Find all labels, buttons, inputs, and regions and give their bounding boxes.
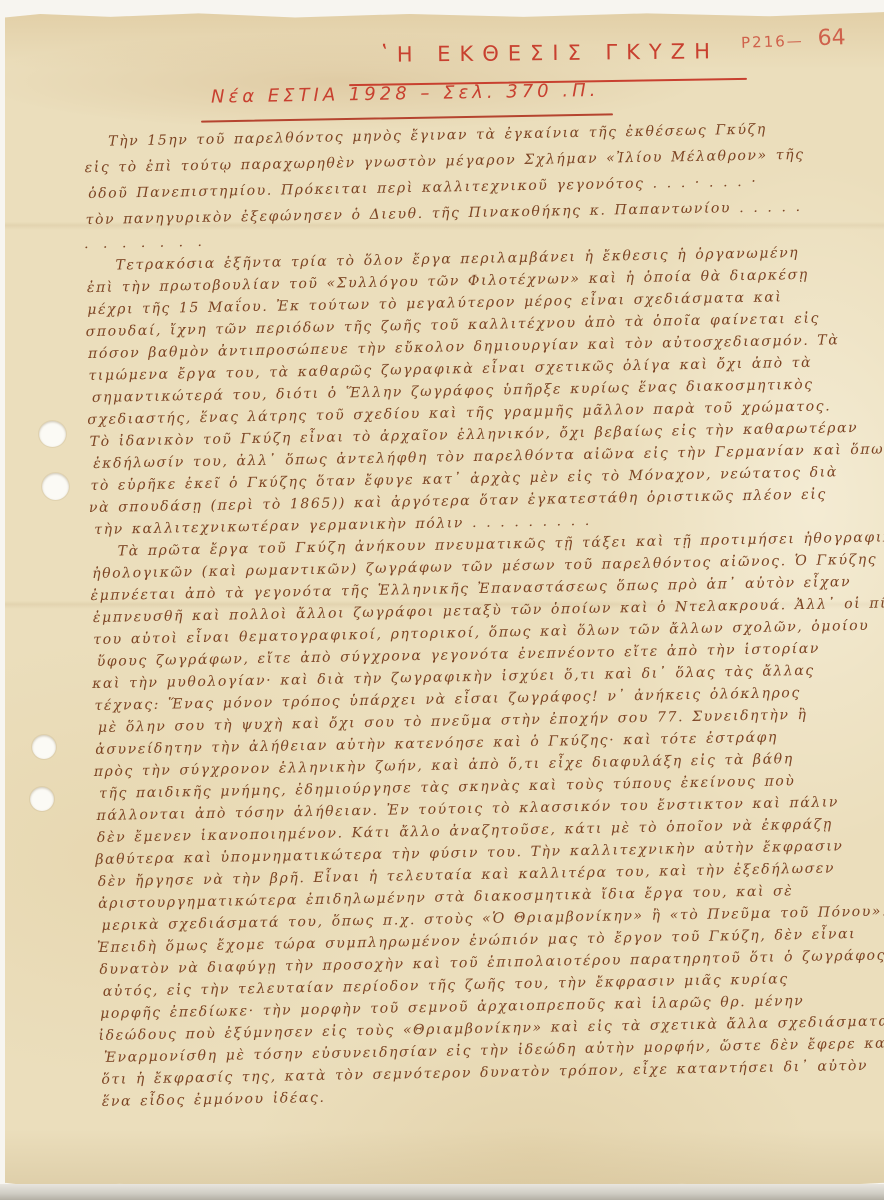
manuscript-page: Ρ216— 64 ʽΗ ΕΚΘΕΣΙΣ ΓΚΥΖΗ Νέα ΕΣΤΙΑ 1928… xyxy=(5,11,884,1188)
manuscript-text: Τὴν 15ην τοῦ παρελθόντος μηνὸς ἔγιναν τὰ… xyxy=(84,115,864,1113)
scanner-background-strip xyxy=(0,1184,884,1200)
source-reference: Νέα ΕΣΤΙΑ 1928 – Σελ. 370 .Π. xyxy=(211,79,631,107)
punch-hole xyxy=(32,735,56,759)
page-number: 64 xyxy=(818,25,847,51)
document-title: ʽΗ ΕΚΘΕΣΙΣ ΓΚΥΖΗ xyxy=(343,39,757,67)
punch-hole xyxy=(39,421,66,447)
punch-hole xyxy=(30,787,54,811)
punch-hole xyxy=(42,473,69,500)
